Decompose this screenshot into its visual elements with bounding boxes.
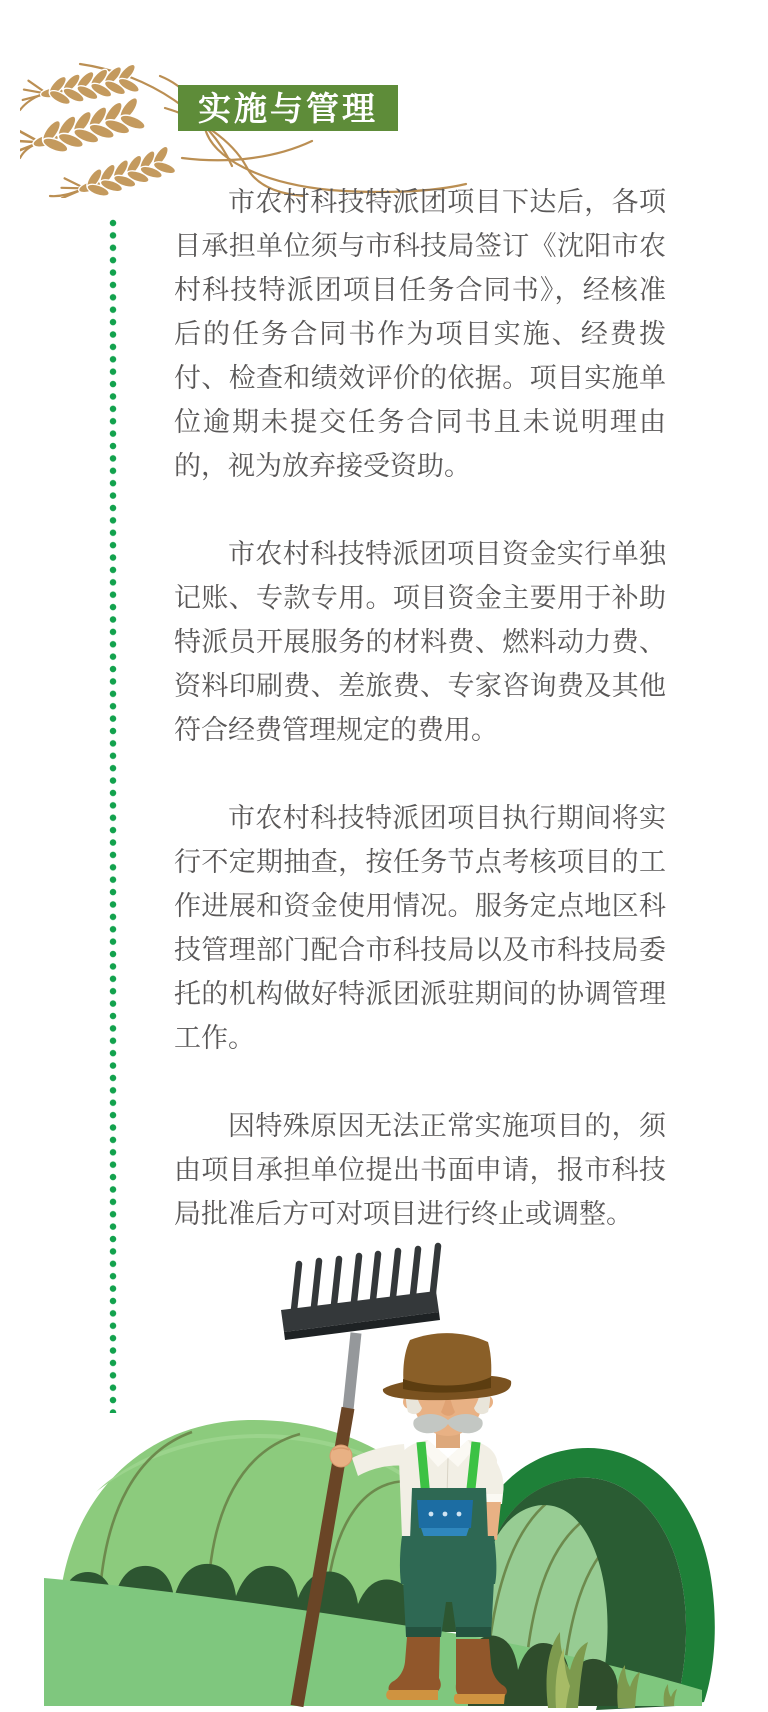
article-body: 市农村科技特派团项目下达后，各项目承担单位须与市科技局签订《沈阳市农村科技特派团… [174,180,666,1280]
farmer-head [383,1333,511,1448]
paragraph-1: 市农村科技特派团项目下达后，各项目承担单位须与市科技局签订《沈阳市农村科技特派团… [174,180,666,488]
farmer-illustration [0,1140,768,1712]
rake-pole-metal [348,1333,356,1410]
wheat-ears-group [20,61,179,198]
paragraph-2: 市农村科技特派团项目资金实行单独记账、专款专用。项目资金主要用于补助特派员开展服… [174,532,666,752]
section-title: 实施与管理 [198,92,378,125]
farmer-right-sleeve [483,1458,504,1494]
page: 实施与管理 市农村科技特派团项目下达后，各项目承担单位须与市科技局签订《沈阳市农… [0,0,768,1712]
farmer-hips [400,1536,496,1584]
section-title-banner: 实施与管理 [178,85,398,131]
paragraph-3: 市农村科技特派团项目执行期间将实行不定期抽查，按任务节点考核项目的工作进展和资金… [174,796,666,1060]
